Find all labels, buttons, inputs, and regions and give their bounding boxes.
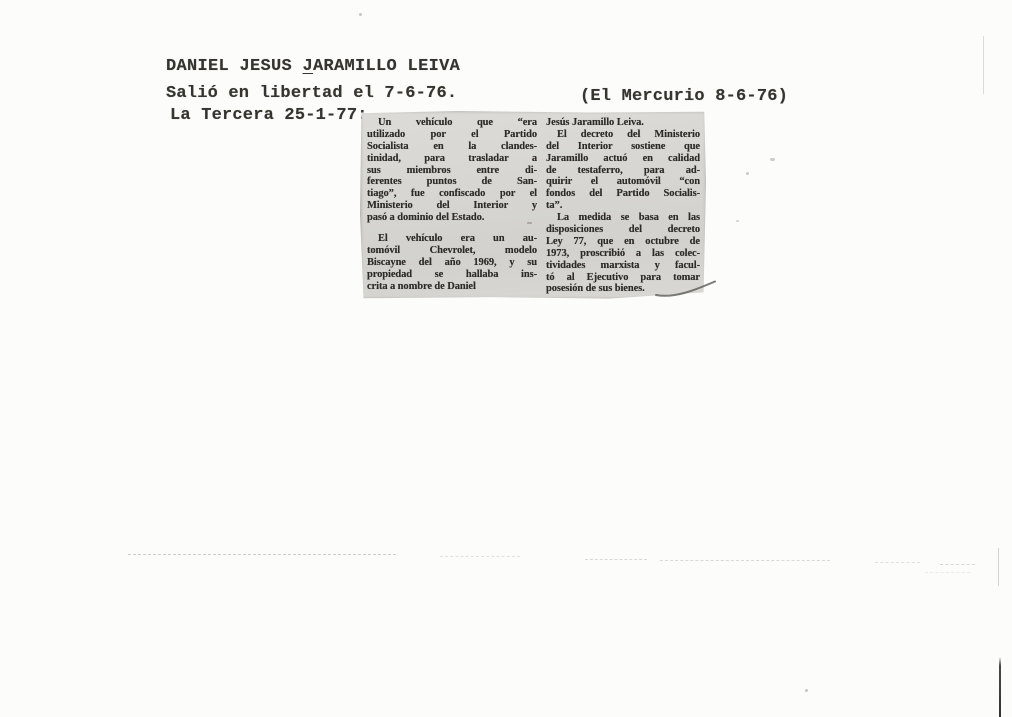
clipping-line: tividades marxista y facul-	[546, 260, 700, 272]
clipping-line: La medida se basa en las	[546, 212, 700, 224]
clipping-line: Socialista en la clandes-	[367, 141, 537, 153]
scanned-document-page: DANIEL JESUS JARAMILLO LEIVA Salió en li…	[0, 0, 1012, 717]
release-note: Salió en libertad el 7-6-76.	[166, 84, 457, 103]
clipping-line: sus miembros entre di-	[367, 165, 537, 177]
speck	[805, 689, 808, 692]
clipping-paragraph: El vehículo era un au-tomóvil Chevrolet,…	[367, 233, 537, 292]
clipping-paragraph: Un vehículo que “erautilizado por el Par…	[367, 117, 537, 224]
person-name: DANIEL JESUS JARAMILLO LEIVA	[166, 57, 460, 76]
clipping-line: Jesús Jaramillo Leiva.	[546, 117, 700, 129]
clipping-line: tiago”, fue confiscado por el	[367, 188, 537, 200]
fold-line-segment	[128, 554, 396, 555]
clipping-paragraph: El decreto del Ministeriodel Interior so…	[546, 129, 700, 212]
source-el-mercurio: (El Mercurio 8-6-76)	[580, 87, 788, 106]
fold-line-segment	[440, 556, 520, 557]
speck	[736, 220, 739, 222]
clipping-line: posesión de sus bienes.	[546, 283, 700, 295]
person-name-prefix: DANIEL JESUS	[166, 57, 303, 76]
clipping-line: quirir el automóvil “con	[546, 176, 700, 188]
clipping-line: pasó a dominio del Estado.	[367, 212, 537, 224]
source-la-tercera: La Tercera 25-1-77:	[170, 106, 368, 125]
clipping-line: ta”.	[546, 200, 700, 212]
clipping-line: 1973, proscribió a las colec-	[546, 248, 700, 260]
clipping-line: tinidad, para trasladar a	[367, 153, 537, 165]
fold-line-segment	[875, 562, 920, 563]
fold-line-segment	[940, 564, 975, 565]
bottom-right-edge-line	[999, 657, 1001, 717]
clipping-paragraph: La medida se basa en lasdisposiciones de…	[546, 212, 700, 295]
speck	[770, 158, 775, 161]
clipping-line: tomóvil Chevrolet, modelo	[367, 245, 537, 257]
clipping-line: del Interior sostiene que	[546, 141, 700, 153]
speck	[746, 172, 749, 175]
clipping-line: Un vehículo que “era	[367, 117, 537, 129]
clipping-line: utilizado por el Partido	[367, 129, 537, 141]
clipping-line: propiedad se hallaba ins-	[367, 269, 537, 281]
newspaper-clipping: Un vehículo que “erautilizado por el Par…	[360, 111, 706, 299]
clipping-line: fondos del Partido Socialis-	[546, 188, 700, 200]
clipping-right-column: Jesús Jaramillo Leiva.El decreto del Min…	[546, 117, 700, 295]
right-edge-faint-line	[983, 36, 984, 94]
clipping-line: El decreto del Ministerio	[546, 129, 700, 141]
clipping-line: de testaferro, para ad-	[546, 165, 700, 177]
person-name-underlined-initial: J	[303, 57, 314, 76]
clipping-line: disposiciones del decreto	[546, 224, 700, 236]
right-edge-faint-line	[998, 548, 999, 586]
clipping-left-column: Un vehículo que “erautilizado por el Par…	[367, 117, 537, 292]
release-line-row: Salió en libertad el 7-6-76.(El Mercurio…	[166, 84, 457, 103]
clipping-line: Biscayne del año 1969, y su	[367, 257, 537, 269]
clipping-line: tó al Ejecutivo para tomar	[546, 272, 700, 284]
person-name-suffix: ARAMILLO LEIVA	[313, 57, 460, 76]
clipping-line: ferentes puntos de San-	[367, 176, 537, 188]
fold-line-segment	[660, 560, 830, 561]
speck	[359, 13, 362, 16]
clipping-line: Ley 77, que en octubre de	[546, 236, 700, 248]
clipping-line: Jaramillo actuó en calidad	[546, 153, 700, 165]
clipping-line: Ministerio del Interior y	[367, 200, 537, 212]
clipping-paragraph: Jesús Jaramillo Leiva.	[546, 117, 700, 129]
clipping-line: El vehículo era un au-	[367, 233, 537, 245]
fold-line-segment	[925, 572, 970, 573]
fold-line-segment	[585, 559, 647, 560]
clipping-line: crita a nombre de Daniel	[367, 281, 537, 293]
